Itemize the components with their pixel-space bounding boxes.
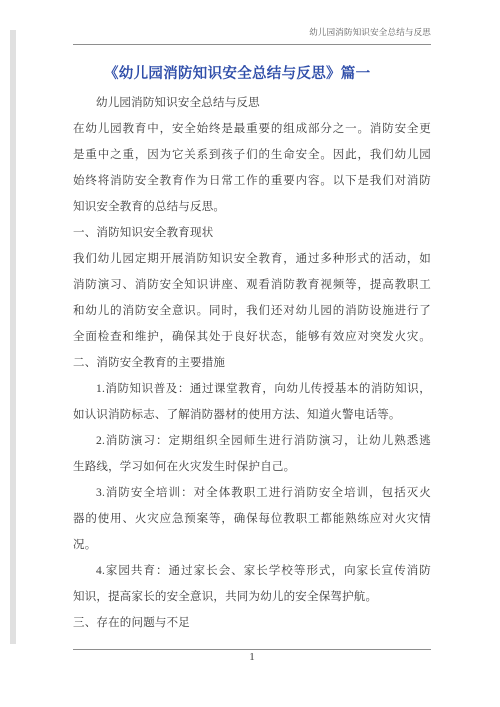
body-line: 我们幼儿园定期开展消防知识安全教育，通过多种形式的活动，如 bbox=[73, 246, 431, 272]
page-header-title: 幼儿园消防知识安全总结与反思 bbox=[73, 26, 431, 38]
body-line: 器的使用、火灾应急预案等，确保每位教职工都能熟练应对火灾情 bbox=[73, 506, 431, 532]
body-line: 是重中之重，因为它关系到孩子们的生命安全。因此，我们幼儿园 bbox=[73, 142, 431, 168]
body-line: 三、存在的问题与不足 bbox=[73, 610, 431, 636]
body-line: 幼儿园消防知识安全总结与反思 bbox=[73, 90, 431, 116]
body-line: 如认识消防标志、了解消防器材的使用方法、知道火警电话等。 bbox=[73, 402, 431, 428]
body-line: 4.家园共育：通过家长会、家长学校等形式，向家长宣传消防 bbox=[73, 558, 431, 584]
header-rule bbox=[73, 44, 431, 45]
body-line: 始终将消防安全教育作为日常工作的重要内容。以下是我们对消防 bbox=[73, 168, 431, 194]
document-page: 幼儿园消防知识安全总结与反思 《幼儿园消防知识安全总结与反思》篇一 幼儿园消防知… bbox=[0, 0, 500, 707]
body-line: 二、消防安全教育的主要措施 bbox=[73, 350, 431, 376]
body-line: 知识安全教育的总结与反思。 bbox=[73, 194, 431, 220]
page-title: 《幼儿园消防知识安全总结与反思》篇一 bbox=[104, 62, 370, 83]
body-line: 一、消防知识安全教育现状 bbox=[73, 220, 431, 246]
body-line: 况。 bbox=[73, 532, 431, 558]
body-line: 1.消防知识普及：通过课堂教育，向幼儿传授基本的消防知识， bbox=[73, 376, 431, 402]
body-line: 3.消防安全培训：对全体教职工进行消防安全培训，包括灭火 bbox=[73, 480, 431, 506]
page-edge-shadow bbox=[10, 30, 16, 644]
page-number: 1 bbox=[73, 651, 431, 663]
footer-rule bbox=[73, 649, 431, 650]
body-line: 生路线，学习如何在火灾发生时保护自己。 bbox=[73, 454, 431, 480]
body-line: 在幼儿园教育中，安全始终是最重要的组成部分之一。消防安全更 bbox=[73, 116, 431, 142]
document-body: 幼儿园消防知识安全总结与反思在幼儿园教育中，安全始终是最重要的组成部分之一。消防… bbox=[73, 90, 431, 636]
body-line: 知识，提高家长的安全意识，共同为幼儿的安全保驾护航。 bbox=[73, 584, 431, 610]
body-line: 消防演习、消防安全知识讲座、观看消防教育视频等，提高教职工 bbox=[73, 272, 431, 298]
body-line: 全面检查和维护，确保其处于良好状态，能够有效应对突发火灾。 bbox=[73, 324, 431, 350]
body-line: 2.消防演习：定期组织全园师生进行消防演习，让幼儿熟悉逃 bbox=[73, 428, 431, 454]
body-line: 和幼儿的消防安全意识。同时，我们还对幼儿园的消防设施进行了 bbox=[73, 298, 431, 324]
